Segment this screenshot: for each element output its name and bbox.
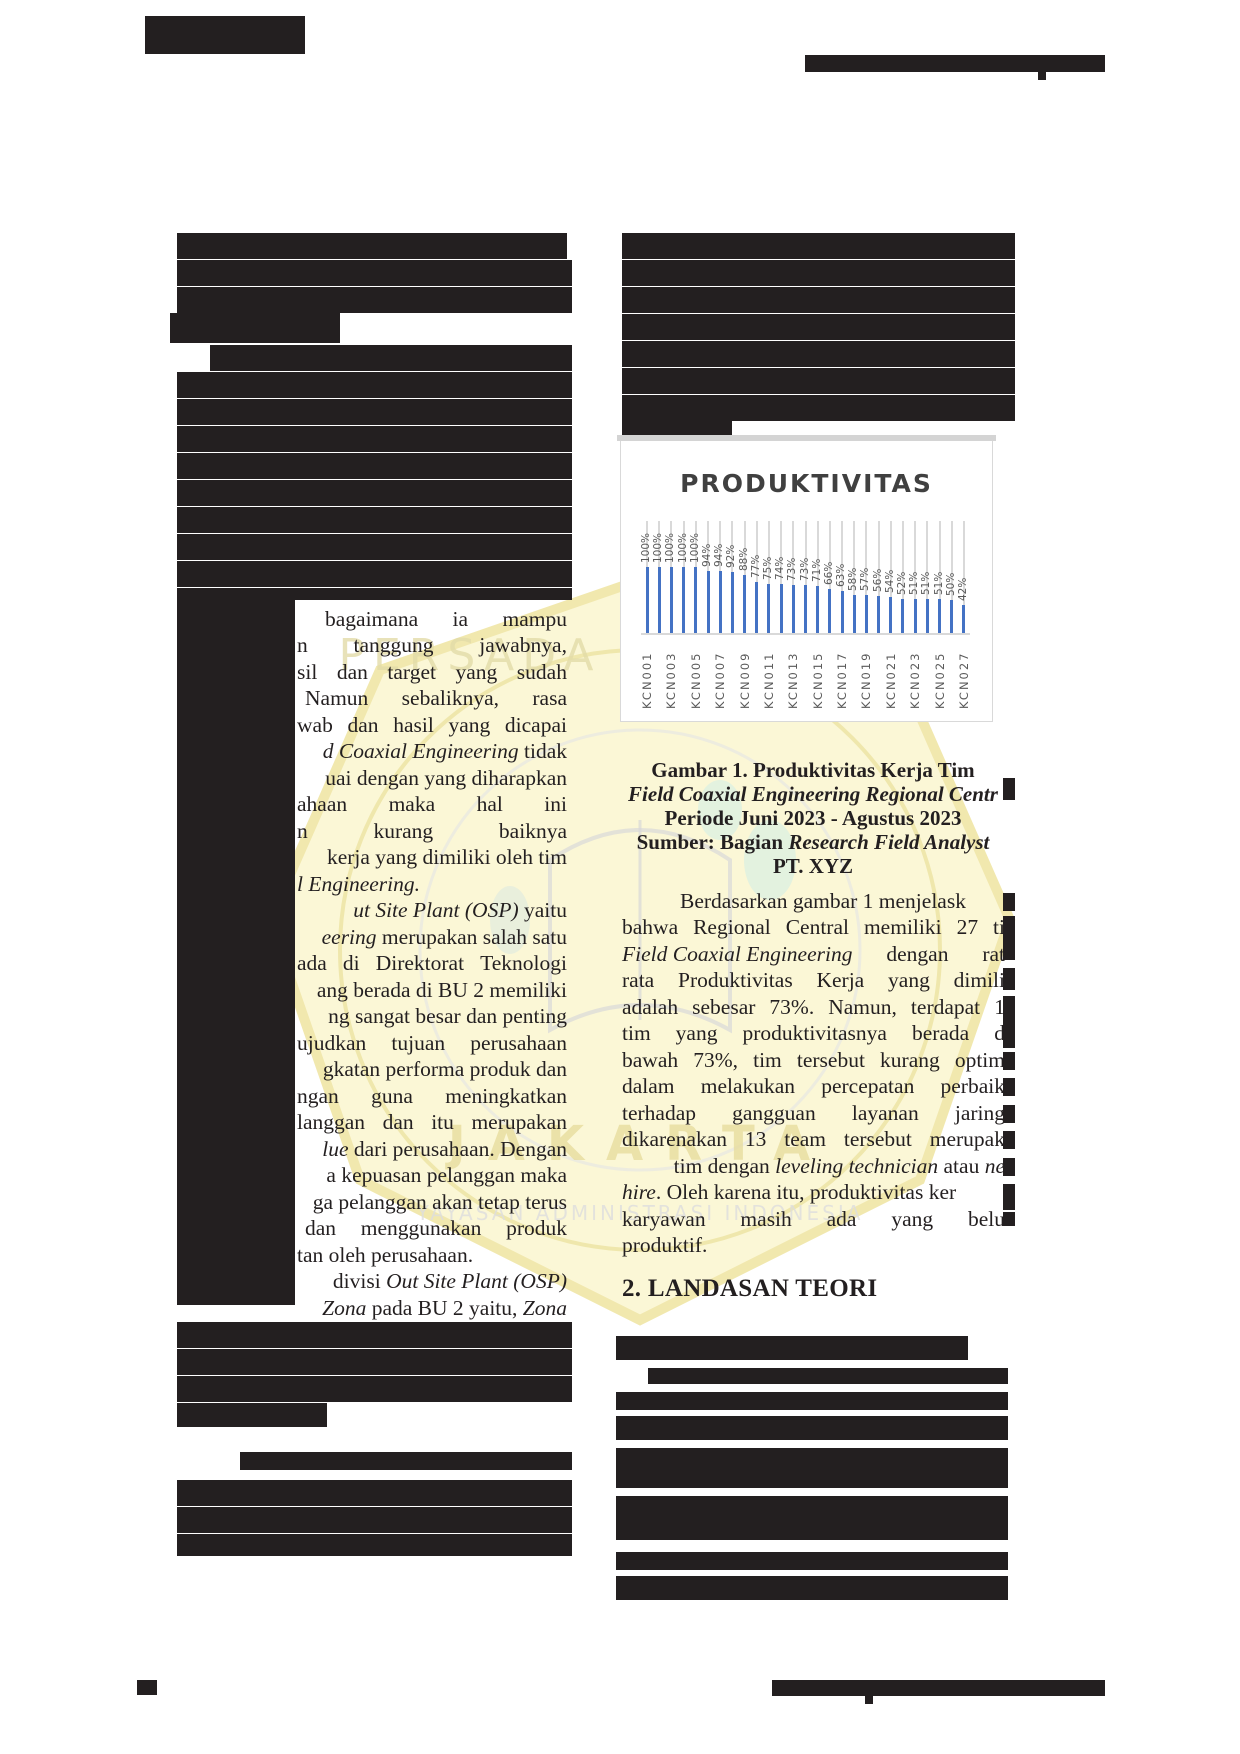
chart-data-label: 92%: [726, 545, 737, 568]
chart-x-tick-label: KCN005: [690, 652, 702, 710]
chart-bar: [889, 597, 892, 633]
chart-data-label: 63%: [836, 564, 847, 587]
chart-bar: [646, 567, 649, 633]
chart-bar: [792, 585, 795, 633]
chart-bar: [926, 599, 929, 633]
chart-bar: [804, 585, 807, 633]
chart-x-tick-label: KCN013: [787, 652, 799, 710]
chart-data-label: 71%: [812, 559, 823, 582]
chart-x-tick-label: KCN015: [812, 652, 824, 710]
chart-bar: [658, 567, 661, 633]
chart-bar: [914, 599, 917, 633]
chart-data-label: 100%: [641, 533, 652, 563]
chart-bar: [670, 567, 673, 633]
chart-bar: [865, 595, 868, 633]
chart-data-label: 100%: [690, 533, 701, 563]
chart-x-tick-label: KCN007: [714, 652, 726, 710]
chart-data-label: 73%: [787, 557, 798, 580]
footer-journal-info-redacted-tail: [865, 1696, 873, 1704]
chart-bar: [682, 567, 685, 633]
chart-x-tick-label: KCN021: [885, 652, 897, 710]
chart-data-label: 56%: [873, 569, 884, 592]
chart-data-label: 51%: [921, 572, 932, 595]
chart-data-label: 52%: [897, 571, 908, 594]
chart-data-label: 54%: [885, 570, 896, 593]
chart-bar: [828, 589, 831, 633]
chart-bar: [719, 571, 722, 633]
section-heading-landasan-teori: 2. LANDASAN TEORI: [622, 1275, 877, 1303]
chart-data-label: 94%: [714, 544, 725, 567]
chart-x-tick-label: KCN019: [860, 652, 872, 710]
chart-x-axis: [641, 633, 970, 635]
chart-bar: [853, 595, 856, 633]
chart-data-label: 57%: [860, 568, 871, 591]
chart-x-tick-label: KCN017: [836, 652, 848, 710]
chart-bar: [950, 600, 953, 633]
chart-data-label: 100%: [665, 533, 676, 563]
chart-x-tick-label: KCN003: [665, 652, 677, 710]
chart-bar: [780, 584, 783, 633]
chart-bar: [816, 586, 819, 633]
chart-data-label: 100%: [653, 533, 664, 563]
chart-bar: [707, 571, 710, 633]
chart-bar: [962, 605, 965, 633]
chart-data-label: 73%: [800, 557, 811, 580]
chart-title: PRODUKTIVITAS: [621, 469, 992, 498]
chart-data-label: 77%: [751, 555, 762, 578]
chart-data-label: 94%: [702, 544, 713, 567]
chart-x-tick-label: KCN009: [739, 652, 751, 710]
chart-bar: [731, 572, 734, 633]
chart-data-label: 58%: [848, 567, 859, 590]
chart-bar: [938, 599, 941, 633]
chart-data-label: 88%: [739, 548, 750, 571]
chart-x-tick-label: KCN023: [909, 652, 921, 710]
journal-logo-redacted: [145, 16, 305, 54]
chart-bar: [694, 567, 697, 633]
running-header-redacted: [805, 55, 1105, 72]
chart-data-label: 75%: [763, 556, 774, 579]
chart-data-label: 51%: [934, 572, 945, 595]
chart-data-label: 66%: [824, 562, 835, 585]
chart-data-label: 74%: [775, 557, 786, 580]
chart-bar: [877, 596, 880, 633]
chart-bar: [901, 599, 904, 633]
chart-x-tick-label: KCN001: [641, 652, 653, 710]
page-number-redacted: [137, 1680, 157, 1695]
chart-data-label: 50%: [946, 573, 957, 596]
chart-bar: [841, 591, 844, 633]
chart-bar: [755, 582, 758, 633]
running-header-redacted-tail: [1038, 72, 1046, 80]
chart-bar: [767, 584, 770, 634]
footer-journal-info-redacted: [772, 1680, 1105, 1696]
productivity-bar-chart: PRODUKTIVITAS 100%100%100%100%100%94%94%…: [620, 440, 993, 722]
chart-x-tick-label: KCN027: [958, 652, 970, 710]
chart-data-label: 51%: [909, 572, 920, 595]
chart-x-tick-label: KCN011: [763, 652, 775, 710]
chart-data-label: 42%: [958, 578, 969, 601]
chart-data-label: 100%: [678, 533, 689, 563]
chart-bar: [743, 575, 746, 633]
chart-plot-area: 100%100%100%100%100%94%94%92%88%77%75%74…: [641, 521, 970, 633]
chart-x-tick-label: KCN025: [934, 652, 946, 710]
